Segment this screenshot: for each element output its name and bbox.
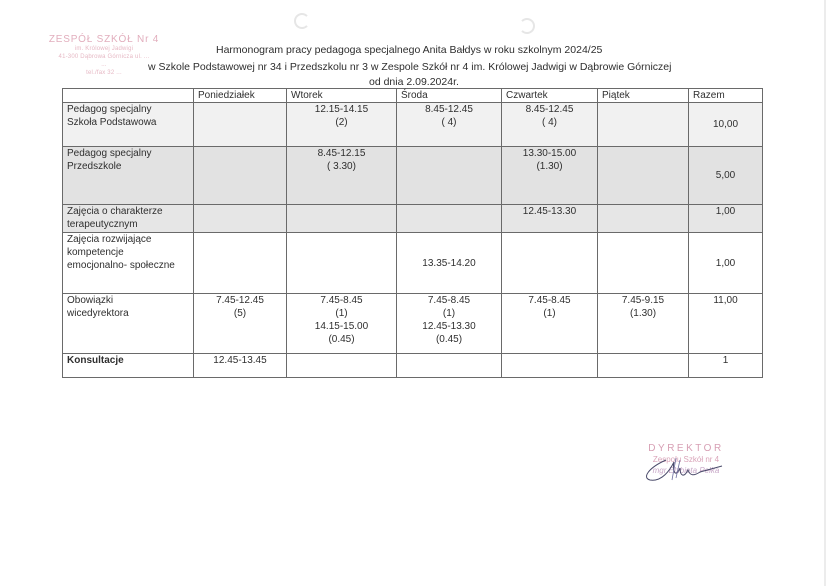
school-stamp-line: tel./fax 32 ...	[44, 69, 164, 77]
row-label-line: Przedszkole	[67, 160, 189, 173]
document-subtitle: w Szkole Podstawowej nr 34 i Przedszkolu…	[148, 61, 671, 73]
header-cell: Piątek	[598, 89, 689, 103]
schedule-cell	[397, 354, 502, 378]
row-label-line: Pedagog specjalny	[67, 147, 189, 160]
schedule-cell: 7.45-8.45(1)12.45-13.30(0.45)	[397, 294, 502, 354]
schedule-cell	[502, 354, 598, 378]
time-slot: (1)	[401, 307, 497, 320]
director-stamp-title: DYREKTOR	[636, 443, 736, 454]
document-date: od dnia 2.09.2024r.	[369, 76, 459, 88]
row-label: Pedagog specjalnySzkoła Podstawowa	[63, 103, 194, 147]
schedule-cell: 8.45-12.45( 4)	[502, 103, 598, 147]
row-label-line: terapeutycznym	[67, 218, 189, 231]
schedule-cell	[287, 233, 397, 294]
time-slot: ( 3.30)	[291, 160, 392, 173]
row-label-line: Zajęcia rozwijające	[67, 233, 189, 246]
schedule-cell	[287, 354, 397, 378]
time-slot: (1)	[291, 307, 392, 320]
table-row: Konsultacje12.45-13.451	[63, 354, 763, 378]
school-stamp: ZESPÓŁ SZKÓŁ Nr 4 im. Królowej Jadwigi 4…	[44, 34, 164, 77]
schedule-cell	[287, 205, 397, 233]
row-label-line: Konsultacje	[67, 354, 189, 367]
row-label: Pedagog specjalnyPrzedszkole	[63, 147, 194, 205]
time-slot: 8.45-12.45	[401, 103, 497, 116]
time-slot: (0.45)	[401, 333, 497, 346]
schedule-cell	[598, 354, 689, 378]
schedule-cell	[194, 147, 287, 205]
schedule-cell: 12.15-14.15(2)	[287, 103, 397, 147]
schedule-cell	[598, 147, 689, 205]
schedule-cell: 7.45-12.45(5)	[194, 294, 287, 354]
header-cell: Razem	[689, 89, 763, 103]
schedule-cell: 12.45-13.30	[502, 205, 598, 233]
time-slot: (1.30)	[602, 307, 684, 320]
time-slot: 8.45-12.45	[506, 103, 593, 116]
time-slot: 12.45-13.45	[198, 354, 282, 367]
time-slot: 7.45-8.45	[401, 294, 497, 307]
schedule-cell: 8.45-12.15( 3.30)	[287, 147, 397, 205]
schedule-cell: 13.30-15.00(1.30)	[502, 147, 598, 205]
row-total: 5,00	[689, 147, 763, 205]
row-total: 11,00	[689, 294, 763, 354]
schedule-cell	[598, 233, 689, 294]
schedule-cell	[194, 103, 287, 147]
time-slot: (1.30)	[506, 160, 593, 173]
time-slot: 12.45-13.30	[506, 205, 593, 218]
row-total: 1,00	[689, 205, 763, 233]
document-title: Harmonogram pracy pedagoga specjalnego A…	[216, 44, 602, 56]
row-label: Obowiązkiwicedyrektora	[63, 294, 194, 354]
schedule-cell	[598, 205, 689, 233]
schedule-cell: 7.45-8.45(1)14.15-15.00(0.45)	[287, 294, 397, 354]
time-slot: ( 4)	[506, 116, 593, 129]
signature	[636, 454, 736, 494]
time-slot: ( 4)	[401, 116, 497, 129]
schedule-cell	[502, 233, 598, 294]
row-label-line: Pedagog specjalny	[67, 103, 189, 116]
schedule-cell: 13.35-14.20	[397, 233, 502, 294]
school-stamp-line: im. Królowej Jadwigi	[44, 45, 164, 53]
table-row: Pedagog specjalnyPrzedszkole8.45-12.15( …	[63, 147, 763, 205]
row-label: Konsultacje	[63, 354, 194, 378]
time-slot: 7.45-12.45	[198, 294, 282, 307]
time-slot: 12.45-13.30	[401, 320, 497, 333]
row-label-line: Szkoła Podstawowa	[67, 116, 189, 129]
row-total: 1	[689, 354, 763, 378]
header-cell: Wtorek	[287, 89, 397, 103]
header-cell: Czwartek	[502, 89, 598, 103]
schedule-cell: 12.45-13.45	[194, 354, 287, 378]
schedule-cell	[397, 147, 502, 205]
schedule-cell: 7.45-8.45(1)	[502, 294, 598, 354]
row-total: 1,00	[689, 233, 763, 294]
time-slot: 7.45-8.45	[506, 294, 593, 307]
row-label-line: wicedyrektora	[67, 307, 189, 320]
table-row: Zajęcia o charakterzeterapeutycznym12.45…	[63, 205, 763, 233]
row-label-line: Zajęcia o charakterze	[67, 205, 189, 218]
schedule-cell	[194, 205, 287, 233]
time-slot: (1)	[506, 307, 593, 320]
row-label: Zajęcia rozwijającekompetencjeemocjonaln…	[63, 233, 194, 294]
schedule-cell	[598, 103, 689, 147]
school-stamp-line: ZESPÓŁ SZKÓŁ Nr 4	[44, 34, 164, 45]
time-slot: (5)	[198, 307, 282, 320]
school-stamp-line: ...	[44, 61, 164, 69]
schedule-cell: 8.45-12.45( 4)	[397, 103, 502, 147]
row-label: Zajęcia o charakterzeterapeutycznym	[63, 205, 194, 233]
schedule-cell: 7.45-9.15(1.30)	[598, 294, 689, 354]
schedule-cell	[397, 205, 502, 233]
punch-hole-mark	[294, 13, 310, 29]
time-slot: (2)	[291, 116, 392, 129]
header-cell: Środa	[397, 89, 502, 103]
row-total: 10,00	[689, 103, 763, 147]
schedule-cell	[194, 233, 287, 294]
time-slot: (0.45)	[291, 333, 392, 346]
header-cell: Poniedziałek	[194, 89, 287, 103]
table-header-row: PoniedziałekWtorekŚrodaCzwartekPiątekRaz…	[63, 89, 763, 103]
schedule-table: PoniedziałekWtorekŚrodaCzwartekPiątekRaz…	[62, 88, 763, 378]
row-label-line: emocjonalno- społeczne	[67, 259, 189, 272]
table-row: Pedagog specjalnySzkoła Podstawowa12.15-…	[63, 103, 763, 147]
header-cell-empty	[63, 89, 194, 103]
time-slot: 13.30-15.00	[506, 147, 593, 160]
time-slot: 7.45-9.15	[602, 294, 684, 307]
time-slot: 8.45-12.15	[291, 147, 392, 160]
table-row: Obowiązkiwicedyrektora7.45-12.45(5)7.45-…	[63, 294, 763, 354]
school-stamp-line: 41-300 Dąbrowa Górnicza ul. ...	[44, 53, 164, 61]
page-edge	[824, 0, 826, 586]
row-label-line: Obowiązki	[67, 294, 189, 307]
time-slot: 12.15-14.15	[291, 103, 392, 116]
time-slot: 13.35-14.20	[401, 257, 497, 270]
time-slot: 14.15-15.00	[291, 320, 392, 333]
punch-hole-mark	[519, 18, 535, 34]
row-label-line: kompetencje	[67, 246, 189, 259]
time-slot: 7.45-8.45	[291, 294, 392, 307]
table-row: Zajęcia rozwijającekompetencjeemocjonaln…	[63, 233, 763, 294]
